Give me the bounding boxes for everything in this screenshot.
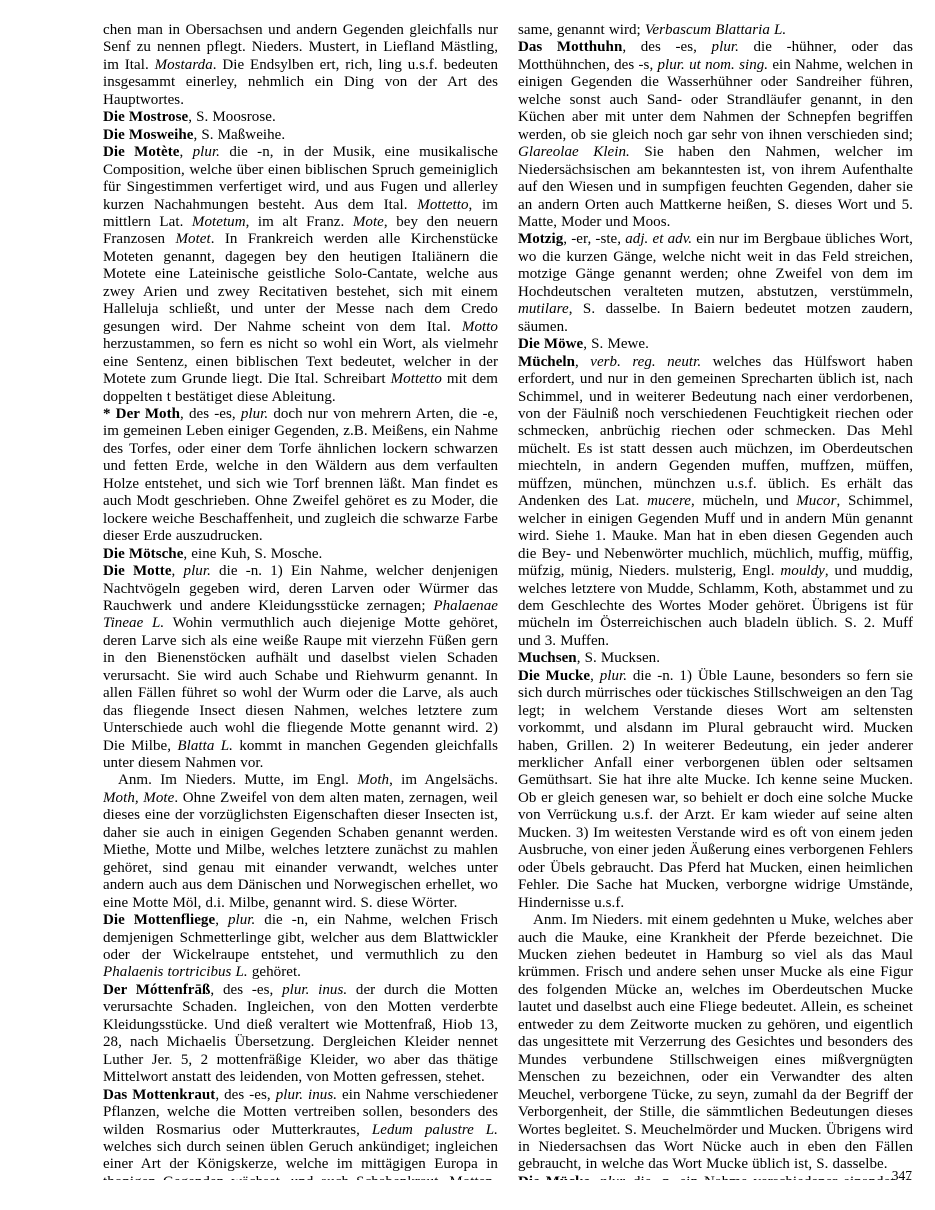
entry-text: Mostarda xyxy=(155,57,213,73)
headword: Das Motthuhn xyxy=(518,39,622,55)
entry-die-motte-anmerkung: Anm. Im Nieders. Mutte, im Engl. Moth, i… xyxy=(103,772,498,912)
headword: Die Möwe xyxy=(518,336,583,352)
entry-text: , S. Mewe. xyxy=(583,336,649,352)
headword: Mücheln xyxy=(518,354,575,370)
entry-text: , mücheln, und xyxy=(691,493,796,509)
entry-die-motte: Die Motte, plur. die -n. 1) Ein Nahme, w… xyxy=(103,563,498,772)
entry-text: Glareolae Klein. xyxy=(518,144,630,160)
entry-text: welches das Hülfswort haben erfordert, u… xyxy=(518,354,913,510)
entry-text: welches sich durch seinen üblen Geruch a… xyxy=(103,1139,498,1180)
entry-text: plur. xyxy=(600,668,627,684)
entry-text: Moth xyxy=(357,772,389,788)
entry-text: verb. reg. neutr. xyxy=(590,354,701,370)
entry-text: Mote xyxy=(353,214,384,230)
entry-text: . Ohne Zweifel von dem alten maten, zern… xyxy=(103,790,498,911)
entry-motzig: Motzig, -er, -ste, adj. et adv. ein nur … xyxy=(518,231,913,336)
entry-text: plur. ut nom. sing. xyxy=(657,57,768,73)
entry-text: Motet xyxy=(175,231,210,247)
entry-text: adj. et adv. xyxy=(625,231,692,247)
entry-die-mucke: Die Mucke, plur. die -n. 1) Üble Laune, … xyxy=(518,668,913,912)
entry-text: , des -es, xyxy=(210,982,282,998)
headword: Die Motte xyxy=(103,563,172,579)
entry-text: Mucor xyxy=(796,493,836,509)
headword: Die Mucke xyxy=(518,668,590,684)
entry-text: Anm. Im Nieders. mit einem gedehnten u M… xyxy=(518,912,913,1172)
headword: Die Mottenfliege xyxy=(103,912,215,928)
entry-text: , S. Maßweihe. xyxy=(193,127,285,143)
entry-die-motete: Die Motète, plur. die -n, in der Musik, … xyxy=(103,144,498,406)
entry-text: same, genannt wird; xyxy=(518,22,645,38)
entry-text: plur. xyxy=(241,406,268,422)
entry-text: , des -es, xyxy=(180,406,241,422)
entry-text: Motto xyxy=(462,319,498,335)
text-column-left: chen man in Obersachsen und andern Gegen… xyxy=(103,22,498,1180)
entry-text: plur. xyxy=(712,39,739,55)
headword: Die Mostrose xyxy=(103,109,188,125)
entry-die-mucke-anmerkung: Anm. Im Nieders. mit einem gedehnten u M… xyxy=(518,912,913,1174)
entry-das-motthuhn: Das Motthuhn, des -es, plur. die -hühner… xyxy=(518,39,913,231)
entry-text: plur. xyxy=(600,1174,627,1180)
entry-text: Wohin vermuthlich auch diejenige Motte g… xyxy=(103,615,498,753)
entry-die-mostrose: Die Mostrose, S. Moosrose. xyxy=(103,109,498,126)
headword: Muchsen xyxy=(518,650,577,666)
entry-text: doch nur von mehrern Arten, die -e, im g… xyxy=(103,406,498,544)
entry-text: , eine Kuh, S. Mosche. xyxy=(183,546,322,562)
entry-text: Verbascum Blattaria L. xyxy=(645,22,786,38)
entry-text: Blatta L. xyxy=(177,738,233,754)
entry-der-moth: * Der Moth, des -es, plur. doch nur von … xyxy=(103,406,498,546)
entry-muchsen: Muchsen, S. Mucksen. xyxy=(518,650,913,667)
entry-text: mucere xyxy=(647,493,691,509)
entry-text: , xyxy=(590,1174,600,1180)
entry-text: , im Angelsächs. xyxy=(389,772,498,788)
entry-text: plur. inus. xyxy=(276,1087,337,1103)
entry-text: , des -es, xyxy=(215,1087,275,1103)
headword: Die Motète xyxy=(103,144,179,160)
headword: Das Mottenkraut xyxy=(103,1087,215,1103)
entry-der-mottenfrass: Der Móttenfrāß, des -es, plur. inus. der… xyxy=(103,982,498,1087)
entry-text: , S. Mucksen. xyxy=(577,650,660,666)
entry-text: Ledum palustre L. xyxy=(372,1122,498,1138)
entry-die-moewe: Die Möwe, S. Mewe. xyxy=(518,336,913,353)
entry-text: plur. xyxy=(184,563,211,579)
entry-das-mottenkraut: Das Mottenkraut, des -es, plur. inus. ei… xyxy=(103,1087,498,1180)
entry-text: gehöret. xyxy=(248,964,301,980)
page-number: 347 xyxy=(892,1168,912,1184)
headword: * Der Moth xyxy=(103,406,180,422)
entry-text: , S. dasselbe. In Baiern bedeutet motzen… xyxy=(518,301,913,334)
text-column-right: same, genannt wird; Verbascum Blattaria … xyxy=(518,22,913,1180)
entry-muecheln: Mücheln, verb. reg. neutr. welches das H… xyxy=(518,354,913,651)
entry-text: Motetum xyxy=(192,214,246,230)
entry-text: Mottetto xyxy=(417,197,468,213)
entry-text: plur. xyxy=(193,144,220,160)
entry-text: , -er, -ste, xyxy=(563,231,625,247)
entry-text: , xyxy=(179,144,192,160)
entry-text: mutilare xyxy=(518,301,569,317)
headword: Der Móttenfrāß xyxy=(103,982,210,998)
entry-text: Phalaenis tortricibus L. xyxy=(103,964,248,980)
entry-die-muecke: Die Mücke, plur. die -n, ein Nahme versc… xyxy=(518,1174,913,1180)
entry-die-mottenfliege: Die Mottenfliege, plur. die -n, ein Nahm… xyxy=(103,912,498,982)
page-body: chen man in Obersachsen und andern Gegen… xyxy=(103,22,913,1180)
entry-die-moetsche: Die Mötsche, eine Kuh, S. Mosche. xyxy=(103,546,498,563)
entry-text: plur. xyxy=(228,912,255,928)
entry-text: , xyxy=(172,563,184,579)
dictionary-page: chen man in Obersachsen und andern Gegen… xyxy=(0,0,935,1210)
entry-text: , des -es, xyxy=(622,39,711,55)
headword: Die Mötsche xyxy=(103,546,183,562)
entry-continuation-mostrich: chen man in Obersachsen und andern Gegen… xyxy=(103,22,498,109)
entry-text: Mottetto xyxy=(391,371,442,387)
headword: Die Mosweihe xyxy=(103,127,193,143)
entry-text: plur. inus. xyxy=(282,982,347,998)
entry-text: , S. Moosrose. xyxy=(188,109,276,125)
entry-das-mottenkraut-continued: same, genannt wird; Verbascum Blattaria … xyxy=(518,22,913,39)
entry-text: Moth, Mote xyxy=(103,790,174,806)
entry-text: , xyxy=(575,354,590,370)
entry-text: mouldy xyxy=(780,563,824,579)
entry-text: die -n. 1) Üble Laune, besonders so fern… xyxy=(518,668,913,911)
headword: Die Mücke xyxy=(518,1174,590,1180)
entry-text: , xyxy=(590,668,600,684)
entry-text: , xyxy=(215,912,228,928)
entry-die-mosweihe: Die Mosweihe, S. Maßweihe. xyxy=(103,127,498,144)
entry-text: Anm. Im Nieders. Mutte, im Engl. xyxy=(118,772,357,788)
entry-text: , im alt Franz. xyxy=(246,214,353,230)
headword: Motzig xyxy=(518,231,563,247)
